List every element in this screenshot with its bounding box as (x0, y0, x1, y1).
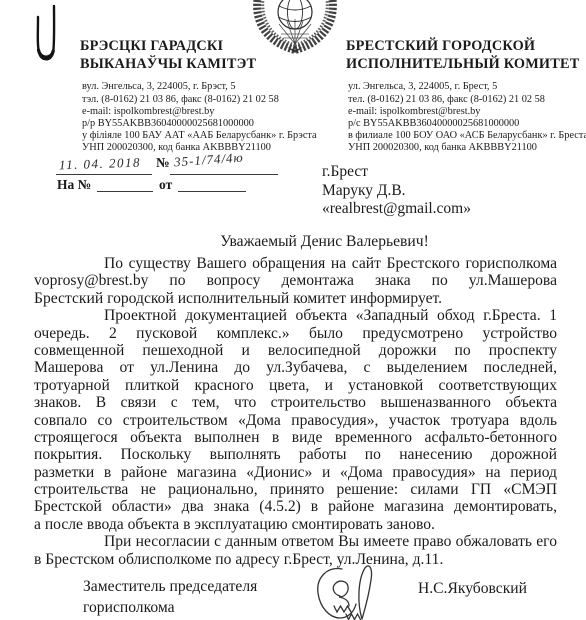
recipient-line: «realbrest@gmail.com» (322, 200, 471, 219)
address-line: ул. Энгельса, 3, 224005, г. Брест, 5 (348, 81, 586, 93)
reply-number-underline (97, 191, 153, 192)
recipient-line: г.Брест (322, 163, 471, 182)
body-line: очередь. 2 пусковой комплекс.» было пред… (34, 325, 557, 342)
body-line: При несогласии с данным ответом Вы имеет… (34, 533, 557, 550)
body-line: тротуарной плиткой красного цвета, и уст… (34, 377, 557, 394)
address-line: тел. (8-0162) 21 03 86, факс (8-0162) 21… (348, 94, 586, 106)
address-line: р/с BY55AKBB36040000025681000000 (348, 118, 586, 130)
body-line: Машерова от ул.Ленина до ул.Зубачева, с … (34, 359, 557, 376)
address-line: тэл. (8-0162) 21 03 86, факс (8-0162) 21… (82, 94, 332, 106)
body-line: знаков. В связи с тем, что строительство… (34, 394, 557, 411)
body-line: покрытия. Поскольку выполнять работы по … (34, 446, 557, 463)
number-sign: № (156, 155, 170, 171)
letterhead-title-line: ИСПОЛНИТЕЛЬНЫЙ КОМИТЕТ (346, 55, 586, 73)
body-line: Брестской области» два знака (4.5.2) в р… (34, 498, 557, 515)
letterhead-left-title: БРЭСЦКІ ГАРАДСКІВЫКАНАЎЧЫ КАМІТЭТ (80, 37, 332, 73)
body-line: а после ввода объекта в эксплуатацию смо… (34, 516, 557, 533)
from-date-label: от (159, 177, 172, 193)
address-line: у філіяле 100 БАУ ААТ «ААБ Беларусбанк» … (82, 130, 332, 142)
number-underline (170, 174, 278, 175)
body-line: разметки в районе магазина «Дионис» и «Д… (34, 464, 557, 481)
address-line: e-mail: ispolkombrest@brest.by (348, 106, 586, 118)
signature-scribble (310, 565, 394, 620)
address-line: УНП 200020300, код банка AKBBBY21100 (348, 142, 586, 154)
body-line: voprosy@brest.by по вопросу демонтажа зн… (34, 272, 557, 289)
signature-position-line: Заместитель председателя (83, 577, 257, 598)
letterhead-right: БРЕСТСКИЙ ГОРОДСКОЙИСПОЛНИТЕЛЬНЫЙ КОМИТЕ… (346, 37, 586, 155)
scanned-letter-page: БРЭСЦКІ ГАРАДСКІВЫКАНАЎЧЫ КАМІТЭТ вул. Э… (0, 0, 586, 620)
address-line: e-mail: ispolkombrest@brest.by (82, 106, 332, 118)
body-line: в Брестском облисполкоме по адресу г.Бре… (34, 551, 557, 568)
handwritten-number: 35-1/74/4ю (174, 150, 245, 171)
date-underline (56, 174, 152, 175)
address-line: р/р BY55AKBB36040000025681000000 (82, 118, 332, 130)
letterhead-title-line: ВЫКАНАЎЧЫ КАМІТЭТ (80, 55, 332, 73)
reference-block: 11. 04. 2018 № 35-1/74/4ю На № от (56, 153, 301, 197)
address-line: вул. Энгельса, 3, 224005, г. Брэст, 5 (82, 81, 332, 93)
address-line: в филиале 100 БОУ ОАО «АСБ Беларусбанк» … (348, 130, 586, 142)
signature-name: Н.С.Якубовский (418, 580, 527, 598)
letterhead-title-line: БРЭСЦКІ ГАРАДСКІ (80, 37, 332, 55)
handwritten-date: 11. 04. 2018 (59, 155, 142, 174)
recipient-block: г.БрестМаруку Д.В.«realbrest@gmail.com» (322, 163, 471, 219)
body-line: Брестский городской исполнительный комит… (34, 290, 557, 307)
body-line: совпало со строительством «Дома правосуд… (34, 412, 557, 429)
letterhead-left: БРЭСЦКІ ГАРАДСКІВЫКАНАЎЧЫ КАМІТЭТ вул. Э… (80, 37, 332, 155)
body-line: строительства не рационально, принято ре… (34, 481, 557, 498)
letter-body: По существу Вашего обращения на сайт Бре… (34, 255, 557, 568)
salutation: Уважаемый Денис Валерьевич! (34, 233, 557, 251)
signature-position: Заместитель председателягорисполкома (83, 577, 257, 618)
body-line: строящегося объекта выполнен в виде врем… (34, 429, 557, 446)
body-line: Проектной документацией объекта «Западны… (34, 307, 557, 324)
letterhead-left-address: вул. Энгельса, 3, 224005, г. Брэст, 5тэл… (80, 81, 332, 154)
body-line: совмещенной пешеходной и велосипедной до… (34, 342, 557, 359)
paperclip-icon (27, 1, 61, 65)
letterhead-right-address: ул. Энгельса, 3, 224005, г. Брест, 5тел.… (346, 81, 586, 154)
signature-position-line: горисполкома (83, 598, 257, 619)
reply-to-label: На № (57, 177, 91, 193)
from-date-underline (178, 191, 246, 192)
letterhead-title-line: БРЕСТСКИЙ ГОРОДСКОЙ (346, 37, 586, 55)
letterhead-right-title: БРЕСТСКИЙ ГОРОДСКОЙИСПОЛНИТЕЛЬНЫЙ КОМИТЕ… (346, 37, 586, 73)
body-line: По существу Вашего обращения на сайт Бре… (34, 255, 557, 272)
recipient-line: Маруку Д.В. (322, 182, 471, 201)
